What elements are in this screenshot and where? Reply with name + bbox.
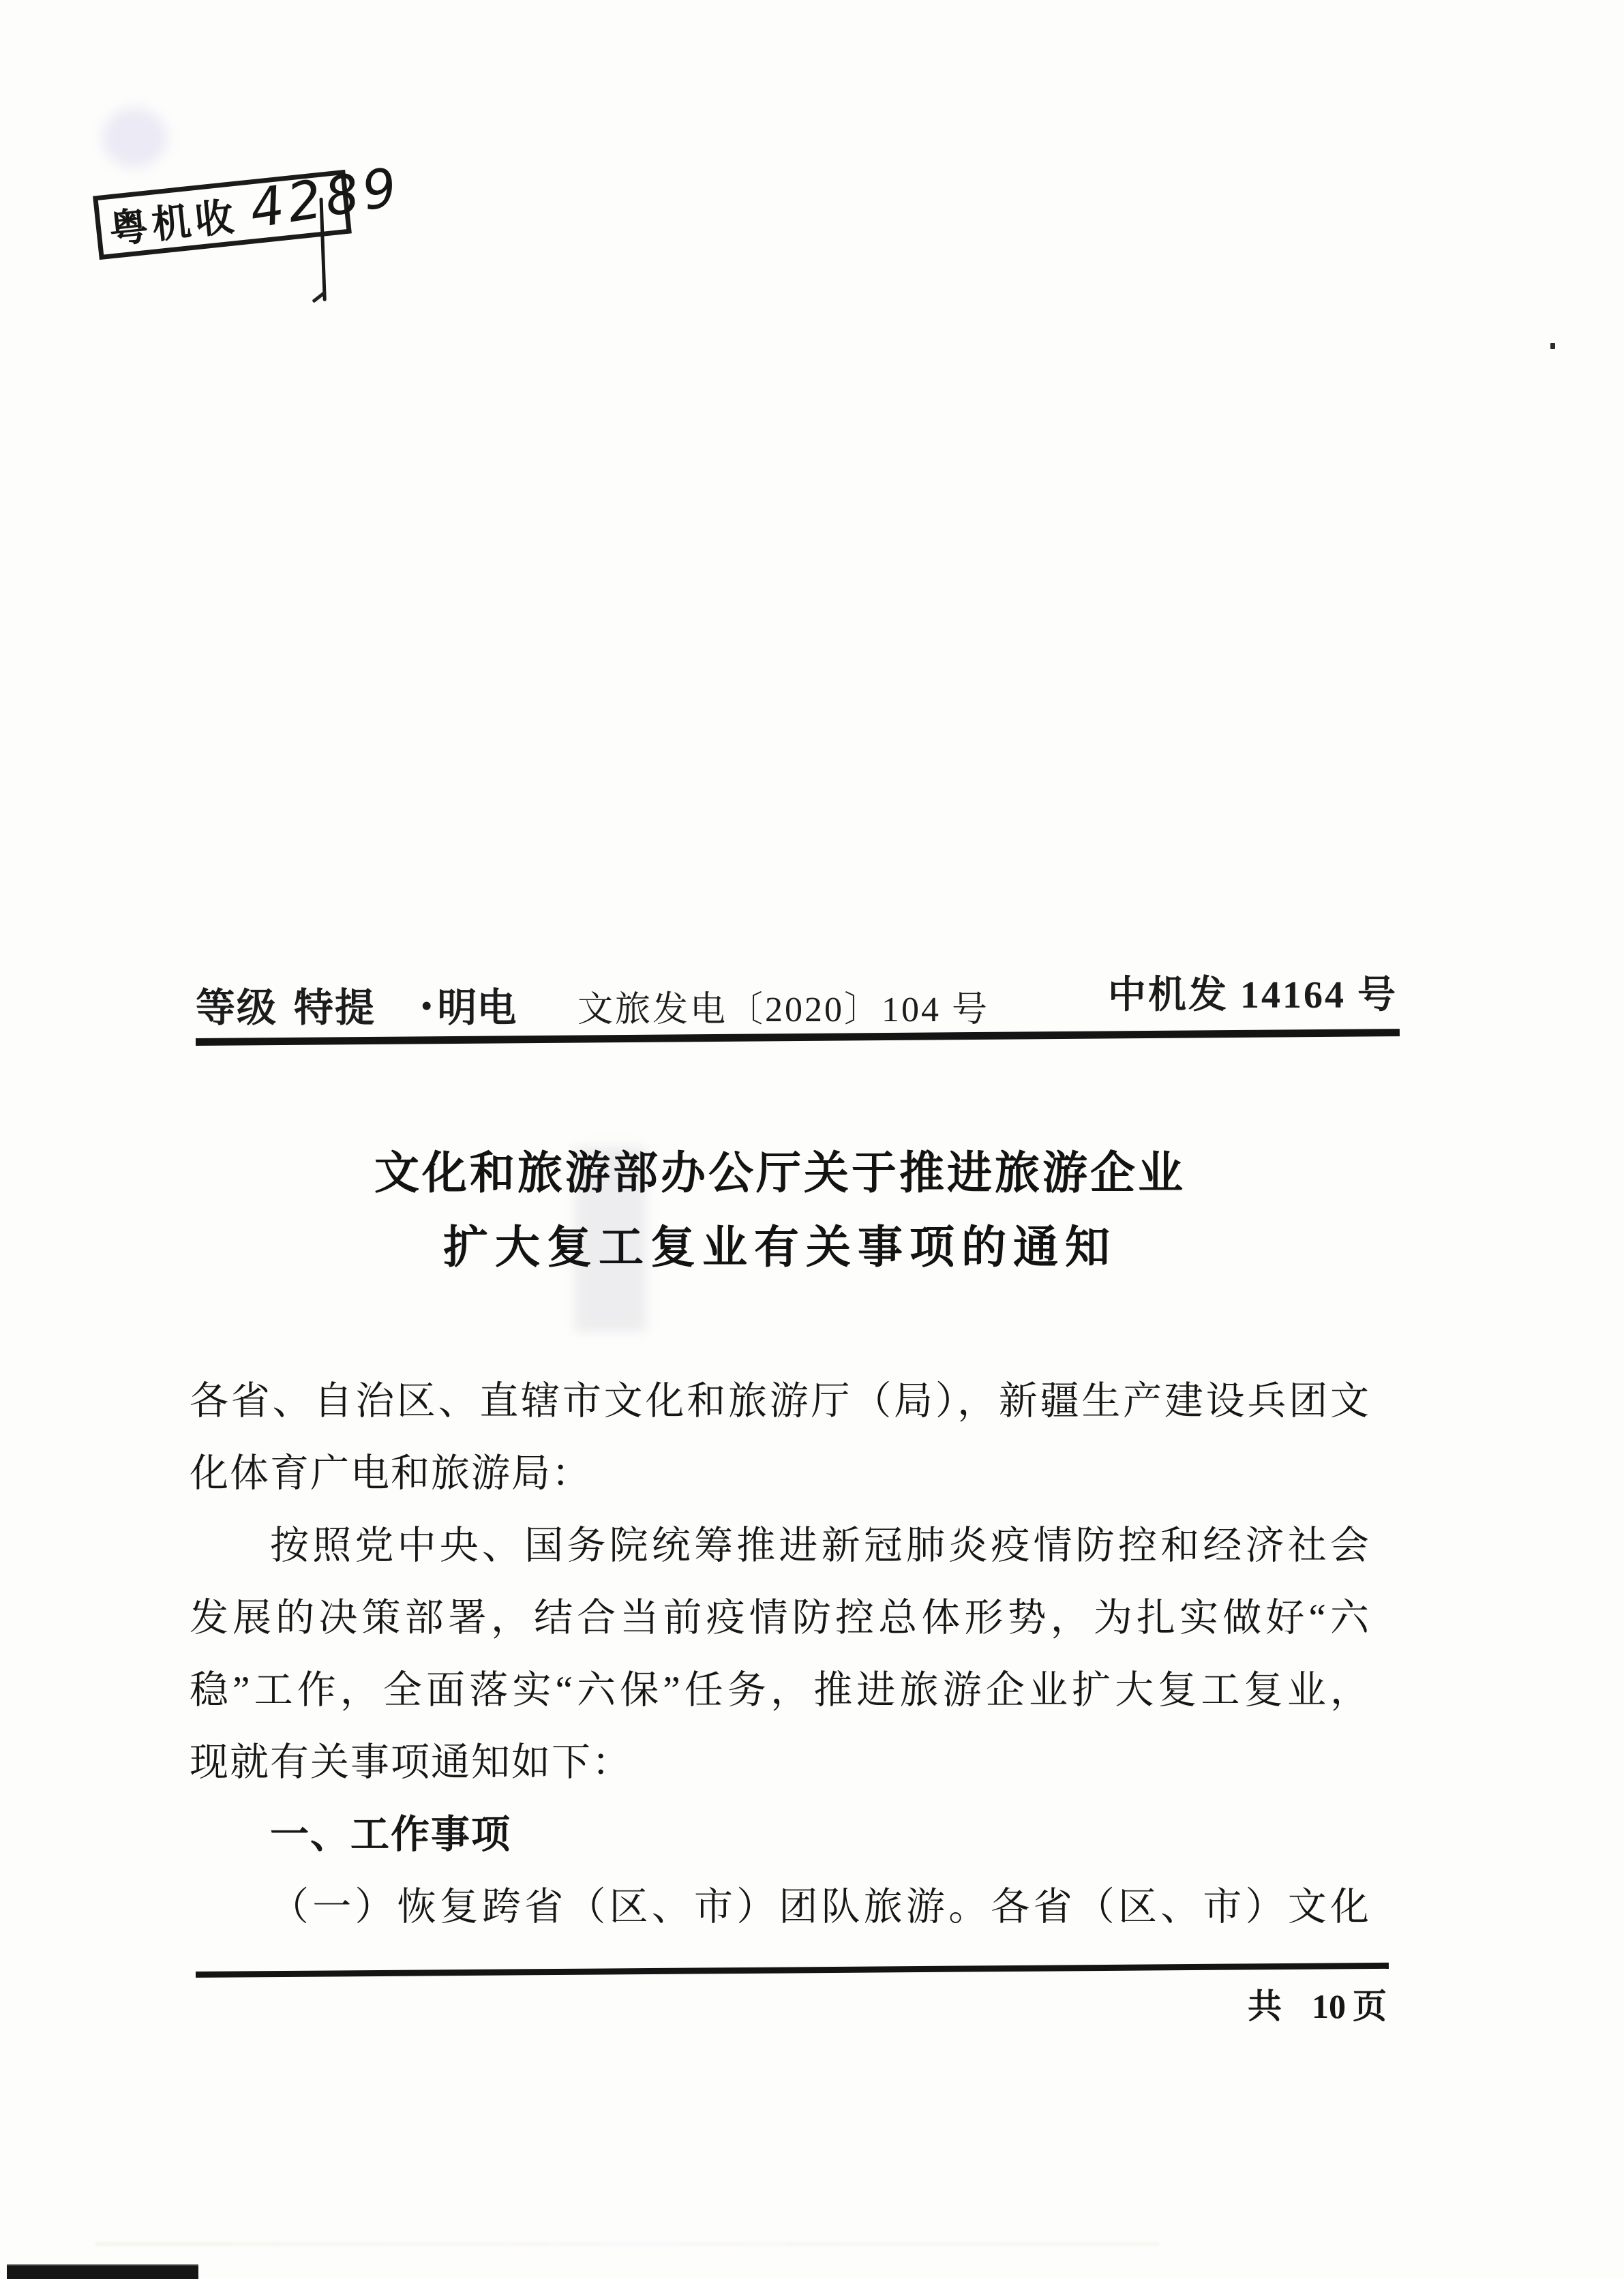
receive-reference-number: 中机发 14164 号 — [1108, 976, 1398, 1014]
urgency-grade: 等级特提 — [196, 988, 376, 1028]
grade-label: 等级 — [196, 986, 277, 1030]
document-title-line1: 文化和旅游部办公厅关于推进旅游企业 — [190, 1149, 1370, 1199]
page-count-prefix: 共 — [1248, 1987, 1282, 2025]
telegram-type: •明电 — [421, 988, 516, 1028]
scan-smudge — [102, 108, 167, 168]
ink-speck — [1550, 343, 1555, 349]
header-divider — [196, 1029, 1400, 1046]
body-line: 各省、自治区、直辖市文化和旅游厅（局），新疆生产建设兵团文 — [190, 1377, 1370, 1425]
body-line: 化体育广电和旅游局： — [190, 1449, 1370, 1498]
body-line: （一）恢复跨省（区、市）团队旅游。各省（区、市）文化 — [190, 1883, 1370, 1931]
body-line: 现就有关事项通知如下： — [190, 1738, 1370, 1787]
stamp-prefix-label: 粤机收 — [106, 185, 241, 254]
telegram-type-label: 明电 — [437, 986, 516, 1030]
scan-smudge — [95, 2242, 1159, 2246]
body-section-heading: 一、工作事项 — [190, 1811, 1370, 1859]
bullet-icon: • — [421, 989, 432, 1023]
body-line: 按照党中央、国务院统筹推进新冠肺炎疫情防控和经济社会 — [190, 1522, 1370, 1570]
document-title-line2: 扩大复工复业有关事项的通知 — [190, 1224, 1370, 1273]
grade-value: 特提 — [294, 986, 376, 1030]
page-count-number: 10 — [1312, 1987, 1346, 2025]
stamp-handwritten-number: 4289 — [245, 156, 405, 241]
body-line: 发展的决策部署，结合当前疫情防控总体形势，为扎实做好“六 — [190, 1594, 1370, 1642]
scan-corner-artifact — [7, 2264, 198, 2279]
page-count: 共10页 — [1248, 1988, 1387, 2025]
received-stamp: 粤机收 4289 — [93, 170, 352, 260]
body-line: 稳”工作，全面落实“六保”任务，推进旅游企业扩大复工复业， — [190, 1666, 1370, 1715]
footer-divider — [196, 1963, 1389, 1978]
page-count-suffix: 页 — [1353, 1987, 1387, 2025]
document-number: 文旅发电〔2020〕104 号 — [577, 993, 989, 1028]
scanned-document-page: 粤机收 4289 等级特提 •明电 文旅发电〔2020〕104 号 中机发 14… — [0, 0, 1624, 2279]
